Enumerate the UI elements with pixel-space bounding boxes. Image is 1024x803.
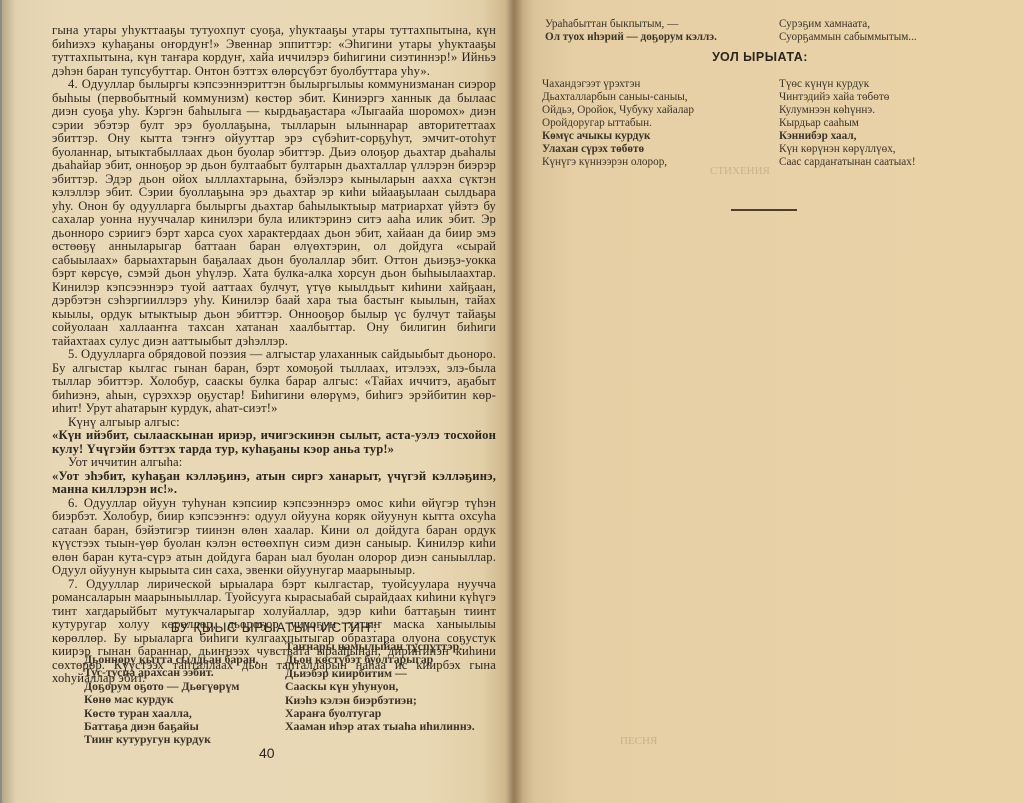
poem-column-left: Дьоннору кытта сылдьан баран, Тус-туспа … [84, 653, 259, 747]
poem-line: Ураһабыттан быкпытым, — [545, 18, 717, 31]
poem-line: Дьоннору кытта сылдьан баран, [84, 653, 259, 666]
bleed-through-text: ПЕСНЯ [620, 735, 657, 747]
poem-line: Дьон көстүбэт буолтарыгар [285, 653, 475, 666]
paragraph: гына утары уһукттааҕы тутуохпут суоҕа, у… [52, 24, 496, 78]
poem-line: Дьиэбэр киирбитим — [285, 667, 475, 680]
poem-line: Сааскы күн уһунуон, [285, 680, 475, 693]
poem-line: Ол туох иһэрий — доҕорум кэллэ. [545, 31, 717, 44]
poem-line: Күнүгэ күннээрэн олорор, [542, 156, 694, 169]
page-number: 40 [259, 745, 275, 761]
left-page: гына утары уһукттааҕы тутуохпут суоҕа, у… [0, 0, 514, 803]
poem-line: Сурэҕим хамнаата, [779, 18, 917, 31]
poem-line: Хараҥа буолтугар [285, 707, 475, 720]
poem-line: Чинтэдийэ хайа төбөтө [779, 91, 916, 104]
paragraph: 4. Одууллар былыргы кэпсээннэриттэн былы… [52, 78, 496, 348]
poem-line: Кулумнээн көһүннэ. [779, 104, 916, 117]
poem-line: Дьахталларбын саныы-саныы, [542, 91, 694, 104]
poem-line: Көстө туран хаалла, [84, 707, 259, 720]
section-title: УОЛ ЫРЫАТА: [540, 50, 980, 64]
blessing-quote: «Күн ийэбит, сылааскынан ириэр, ичигэски… [52, 429, 496, 456]
poem-line: Чахандэгээт үрэхтэн [542, 78, 694, 91]
poem-column-left: Чахандэгээт үрэхтэн Дьахталларбын саныы-… [542, 78, 694, 169]
poem-line: Түөс күнүн курдук [779, 78, 916, 91]
poem-line: Тииҥ кутуругун курдук [84, 733, 259, 746]
poem-line: Кэннибэр хаал, [779, 130, 916, 143]
poem-line: Баттаҕа диэн баҕайы [84, 720, 259, 733]
bleed-through-text: СТИХЕНИЯ [710, 165, 770, 177]
prose-body: гына утары уһукттааҕы тутуохпут суоҕа, у… [52, 24, 496, 686]
poem-line: Көмүс ачыкы курдук [542, 130, 694, 143]
end-rule-divider [731, 209, 797, 211]
poem-line: Саас сардаҥатынан саатыах! [779, 156, 916, 169]
blessing-quote: «Уот эһэбит, куһаҕан кэлләҕинэ, атын сир… [52, 470, 496, 497]
paragraph: 5. Одуулларга обрядовой поэзия — алгыста… [52, 348, 496, 416]
section-title: БУ ҚЫЫС ЫРЫАТЫН ИСТИҤ: [52, 620, 496, 635]
poem-line: Доҕорум оҕото — Дьөгүөрүм [84, 680, 259, 693]
poem-line: Тус-туспа арахсан ээбит. [84, 666, 259, 679]
poem-column-right: Таҥнары намылыйан түспүттэр. Дьон көстүб… [285, 640, 475, 734]
paragraph: Күнү алгыыр алгыс: [52, 416, 496, 430]
poem-line: Күн көрүнэн көрүллүөх, [779, 143, 916, 156]
right-top-poem-left: Ураһабыттан быкпытым, — Ол туох иһэрий —… [545, 18, 717, 44]
poem-line: Хааман иһэр атах тыаһа иһилиннэ. [285, 720, 475, 733]
poem-line: Таҥнары намылыйан түспүттэр. [285, 640, 475, 653]
poem-line: Улахан сүрэх төбөтө [542, 143, 694, 156]
poem-line: Кырдьар сааһым [779, 117, 916, 130]
book-spread: гына утары уһукттааҕы тутуохпут суоҕа, у… [0, 0, 1024, 803]
paragraph: Уот иччитин алгыһа: [52, 456, 496, 470]
poem-line: Суорҕаммын сабыммытым... [779, 31, 917, 44]
paragraph: 6. Одууллар ойуун туһунан кэпсиир кэпсээ… [52, 497, 496, 578]
poem-line: Ойдьэ, Оройок, Чубуку хайалар [542, 104, 694, 117]
right-top-poem-right: Сурэҕим хамнаата, Суорҕаммын сабыммытым.… [779, 18, 917, 44]
poem-line: Көнө мас курдук [84, 693, 259, 706]
poem-line: Оройдоругар ыттабын. [542, 117, 694, 130]
poem-column-right: Түөс күнүн курдук Чинтэдийэ хайа төбөтө … [779, 78, 916, 169]
poem-line: Киэһэ кэлэн биэрбэтиэн; [285, 694, 475, 707]
